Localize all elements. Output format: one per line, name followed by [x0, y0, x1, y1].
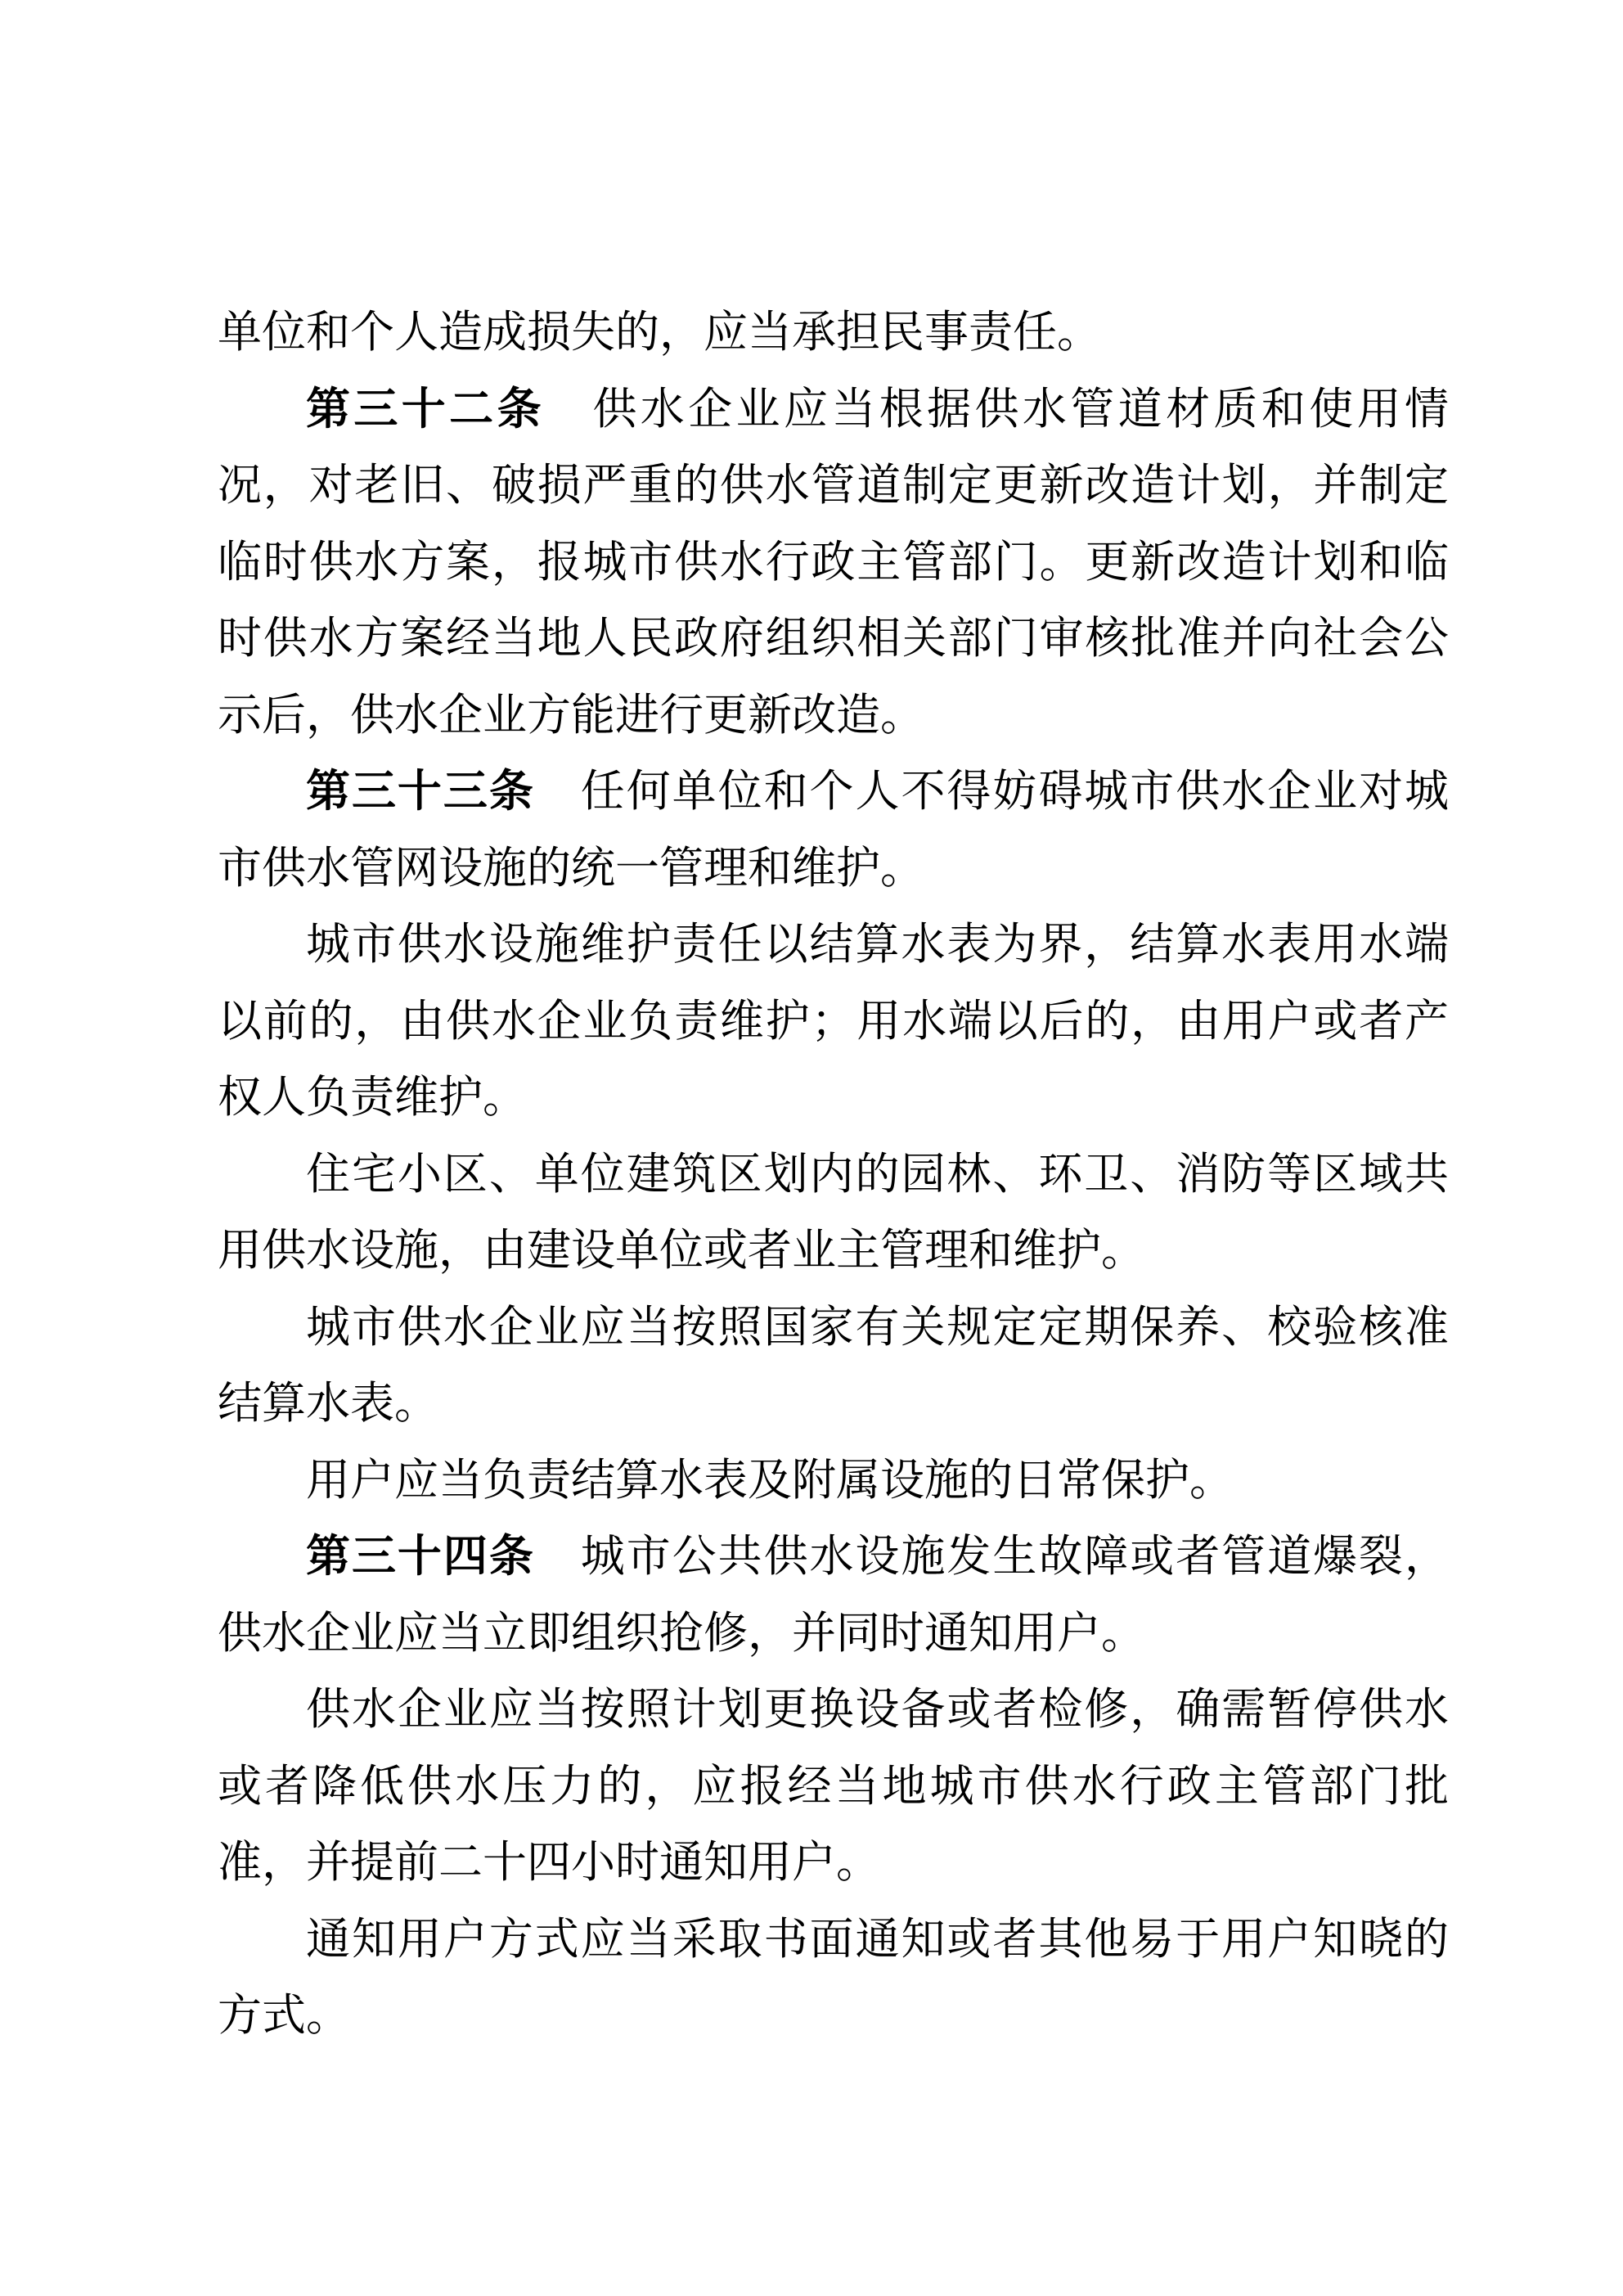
- document-body: 单位和个人造成损失的，应当承担民事责任。 第三十二条 供水企业应当根据供水管道材…: [218, 295, 1449, 2055]
- paragraph: 第三十二条 供水企业应当根据供水管道材质和使用情况，对老旧、破损严重的供水管道制…: [218, 371, 1449, 754]
- paragraph-text: 住宅小区、单位建筑区划内的园林、环卫、消防等区域共用供水设施，由建设单位或者业主…: [218, 1150, 1449, 1276]
- paragraph-text: 供水企业应当按照计划更换设备或者检修，确需暂停供水或者降低供水压力的，应报经当地…: [218, 1685, 1449, 1887]
- article-separator: [535, 767, 581, 816]
- paragraph-text: 用户应当负责结算水表及附属设施的日常保护。: [306, 1456, 1234, 1505]
- paragraph: 住宅小区、单位建筑区划内的园林、环卫、消防等区域共用供水设施，由建设单位或者业主…: [218, 1137, 1449, 1290]
- paragraph: 城市供水企业应当按照国家有关规定定期保养、校验核准结算水表。: [218, 1290, 1449, 1443]
- article-number: 第三十二条: [306, 385, 545, 434]
- paragraph: 通知用户方式应当采取书面通知或者其他易于用户知晓的方式。: [218, 1902, 1449, 2055]
- paragraph: 城市供水设施维护责任以结算水表为界，结算水表用水端以前的，由供水企业负责维护；用…: [218, 907, 1449, 1137]
- paragraph: 供水企业应当按照计划更换设备或者检修，确需暂停供水或者降低供水压力的，应报经当地…: [218, 1672, 1449, 1902]
- article-separator: [535, 1532, 581, 1581]
- paragraph-text: 城市供水设施维护责任以结算水表为界，结算水表用水端以前的，由供水企业负责维护；用…: [218, 920, 1449, 1122]
- paragraph-text: 通知用户方式应当采取书面通知或者其他易于用户知晓的方式。: [218, 1915, 1449, 2041]
- paragraph-text: 单位和个人造成损失的，应当承担民事责任。: [218, 308, 1101, 357]
- paragraph-text: 供水企业应当根据供水管道材质和使用情况，对老旧、破损严重的供水管道制定更新改造计…: [218, 385, 1449, 740]
- article-number: 第三十三条: [306, 767, 535, 816]
- paragraph: 第三十四条 城市公共供水设施发生故障或者管道爆裂，供水企业应当立即组织抢修，并同…: [218, 1519, 1449, 1672]
- article-separator: [545, 385, 592, 434]
- paragraph: 第三十三条 任何单位和个人不得妨碍城市供水企业对城市供水管网设施的统一管理和维护…: [218, 754, 1449, 907]
- article-number: 第三十四条: [306, 1532, 535, 1581]
- document-page: 单位和个人造成损失的，应当承担民事责任。 第三十二条 供水企业应当根据供水管道材…: [0, 0, 1623, 2296]
- paragraph-text: 城市供水企业应当按照国家有关规定定期保养、校验核准结算水表。: [218, 1303, 1449, 1429]
- paragraph: 单位和个人造成损失的，应当承担民事责任。: [218, 295, 1449, 371]
- paragraph: 用户应当负责结算水表及附属设施的日常保护。: [218, 1443, 1449, 1519]
